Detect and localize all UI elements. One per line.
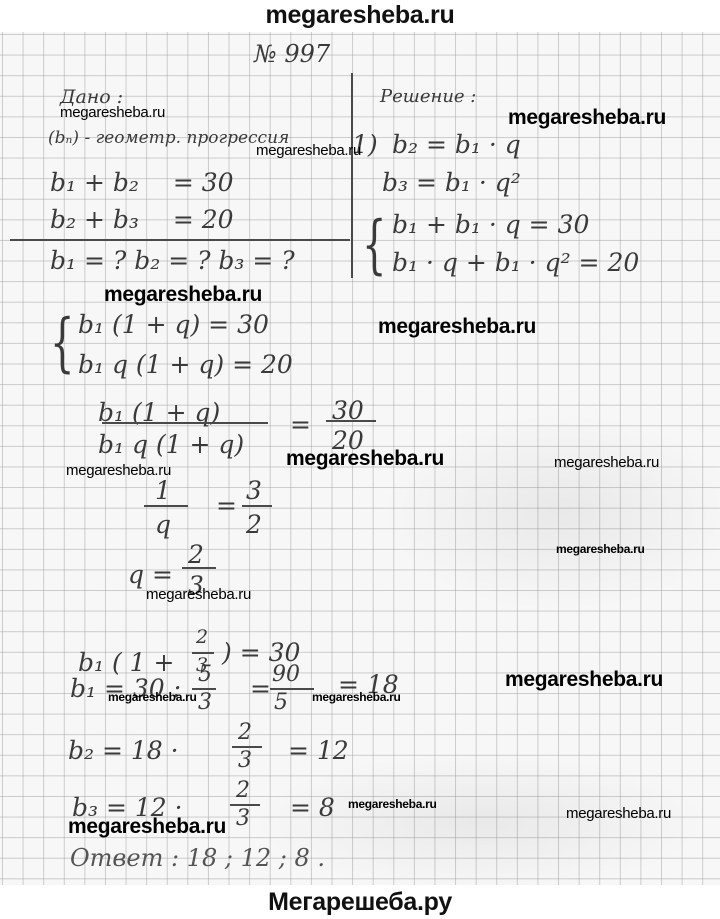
b1-calc-eq: =: [250, 676, 271, 701]
given-sequence: (bₙ) - геометр. прогрессия: [48, 130, 289, 147]
solution-label: Решение :: [380, 88, 476, 106]
watermark: megaresheba.ru: [312, 690, 401, 704]
ratio-equals: =: [290, 412, 311, 437]
b3-calc-num: 2: [236, 780, 250, 802]
recip-num: 1: [155, 478, 171, 503]
b1-calc-num: 5: [198, 664, 212, 686]
recip-equals: =: [216, 493, 237, 518]
answer: Ответ : 18 ; 12 ; 8 .: [70, 846, 325, 870]
given-eq2-rhs: = 20: [173, 205, 234, 234]
b1-eq-num: 2: [196, 628, 208, 647]
b1-calc-den: 3: [198, 692, 212, 714]
given-find-divider: [10, 239, 350, 241]
b2-calc-rhs: = 12: [288, 738, 349, 763]
watermark: megaresheba.ru: [108, 690, 197, 704]
given-find: b₁ = ? b₂ = ? b₃ = ?: [50, 248, 295, 273]
watermark: megaresheba.ru: [554, 454, 659, 471]
q-num: 2: [188, 542, 204, 567]
system2-eq1: b₁ (1 + q) = 30: [78, 312, 269, 337]
b3-calc-den: 3: [236, 808, 250, 830]
ratio-fraction-bar: [102, 422, 268, 424]
watermark: megaresheba.ru: [566, 805, 671, 822]
recip-rhs-den: 2: [246, 512, 262, 537]
watermark: megaresheba.ru: [104, 283, 262, 307]
recip-den: q: [155, 512, 171, 537]
b2-calc-num: 2: [238, 722, 252, 744]
b1-calc-num2: 90: [272, 664, 300, 686]
watermark: megaresheba.ru: [60, 104, 165, 121]
watermark: megaresheba.ru: [556, 542, 645, 556]
system2-eq2: b₁ q (1 + q) = 20: [78, 352, 293, 377]
given-eq1-lhs: b₁ + b₂: [50, 168, 139, 197]
watermark: megaresheba.ru: [146, 586, 251, 603]
watermark: megaresheba.ru: [256, 142, 361, 159]
watermark: megaresheba.ru: [378, 315, 536, 339]
ratio-denominator: b₁ q (1 + q): [98, 432, 244, 457]
given-eq1: b₁ + b₂ = 30: [50, 170, 234, 195]
problem-number: № 997: [254, 42, 330, 66]
watermark: megaresheba.ru: [286, 447, 444, 471]
given-eq2: b₂ + b₃ = 20: [50, 207, 234, 232]
site-header[interactable]: megaresheba.ru: [0, 0, 720, 32]
solution-line-1: b₂ = b₁ · q: [392, 132, 521, 157]
watermark: megaresheba.ru: [508, 106, 666, 130]
b2-calc-lhs: b₂ = 18 ·: [68, 738, 179, 763]
system-brace: {: [362, 208, 386, 282]
watermark: megaresheba.ru: [505, 668, 663, 692]
watermark: megaresheba.ru: [68, 815, 226, 839]
paper-shadow: [380, 412, 720, 612]
recip-rhs-num: 3: [246, 478, 262, 503]
recip-bar: [144, 505, 188, 507]
system1-eq2: b₁ · q + b₁ · q² = 20: [392, 250, 639, 275]
b2-calc-den: 3: [238, 750, 252, 772]
site-footer[interactable]: Мегарешеба.ру: [0, 885, 720, 919]
watermark: megaresheba.ru: [66, 462, 171, 479]
watermark: megaresheba.ru: [348, 797, 437, 811]
solution-line-2: b₃ = b₁ · q²: [382, 170, 521, 195]
ratio-rhs-bar: [326, 420, 376, 422]
given-eq2-lhs: b₂ + b₃: [50, 205, 139, 234]
q-bar: [182, 567, 216, 569]
q-lhs: q =: [128, 562, 173, 587]
b1-calc-den2: 5: [274, 692, 288, 714]
system1-eq1: b₁ + b₁ · q = 30: [392, 212, 589, 237]
b3-calc-rhs: = 8: [290, 795, 335, 820]
given-eq1-rhs: = 30: [173, 168, 234, 197]
b1-eq-lhs: b₁ ( 1 +: [78, 650, 174, 675]
given-solution-divider: [351, 73, 353, 278]
recip-rhs-bar: [242, 505, 272, 507]
system-brace: {: [50, 306, 74, 380]
